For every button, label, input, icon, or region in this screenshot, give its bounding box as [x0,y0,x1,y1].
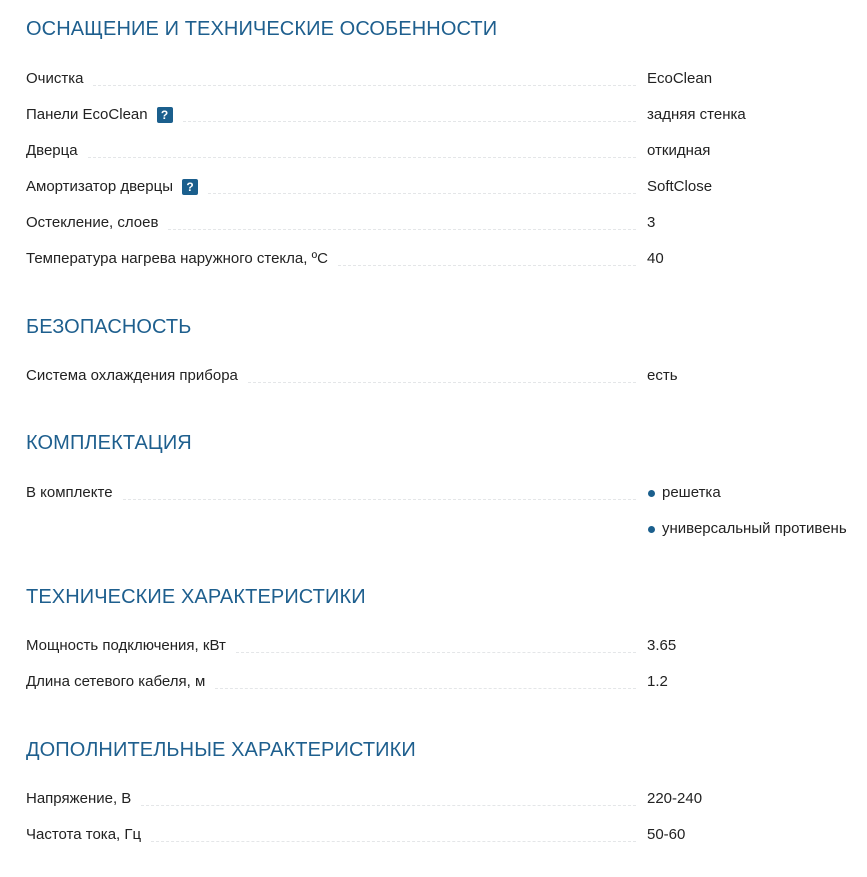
dotted-leader [141,805,636,806]
dotted-leader [88,157,636,158]
question-mark-icon[interactable]: ? [182,179,198,195]
dotted-leader [338,265,636,266]
included-items-list: решетка универсальный противень [647,482,847,554]
spec-value: SoftClose [647,176,712,198]
spec-row-glazing-layers: Остекление, слоев 3 [26,212,867,234]
spec-value: 220-240 [647,788,702,810]
spec-row-ecoclean-panels: Панели EcoClean? задняя стенка [26,104,867,126]
section-title-equipment: ОСНАЩЕНИЕ И ТЕХНИЧЕСКИЕ ОСОБЕННОСТИ [26,17,497,41]
dotted-leader [183,121,636,122]
question-mark-icon[interactable]: ? [157,107,173,123]
spec-value: откидная [647,140,710,162]
spec-label: Очистка [26,68,83,90]
spec-row-frequency: Частота тока, Гц 50-60 [26,824,867,846]
spec-row-cleaning: Очистка EcoClean [26,68,867,90]
dotted-leader [168,229,636,230]
dotted-leader [93,85,636,86]
section-title-additional-specs: ДОПОЛНИТЕЛЬНЫЕ ХАРАКТЕРИСТИКИ [26,738,416,762]
spec-label: Частота тока, Гц [26,824,141,846]
included-item: универсальный противень [662,518,847,540]
spec-row-cooling-system: Система охлаждения прибора есть [26,365,867,387]
spec-value: есть [647,365,678,387]
spec-row-cable-length: Длина сетевого кабеля, м 1.2 [26,671,867,693]
section-title-safety: БЕЗОПАСНОСТЬ [26,315,191,339]
list-item: универсальный противень [647,518,847,540]
dotted-leader [123,499,636,500]
spec-value: 3 [647,212,655,234]
dotted-leader [208,193,636,194]
spec-value: 50-60 [647,824,685,846]
section-title-technical-specs: ТЕХНИЧЕСКИЕ ХАРАКТЕРИСТИКИ [26,585,366,609]
dotted-leader [248,382,636,383]
section-title-package: КОМПЛЕКТАЦИЯ [26,431,192,455]
spec-label: В комплекте [26,482,113,504]
spec-value: 40 [647,248,664,270]
spec-label: Напряжение, В [26,788,131,810]
bullet-dot-icon [648,526,655,533]
spec-label: Температура нагрева наружного стекла, ºС [26,248,328,270]
spec-label: Длина сетевого кабеля, м [26,671,205,693]
spec-label: Остекление, слоев [26,212,158,234]
spec-row-door-damper: Амортизатор дверцы? SoftClose [26,176,867,198]
spec-row-included: В комплекте решетка универсальный против… [26,482,867,504]
included-item: решетка [662,482,721,504]
spec-label: Дверца [26,140,78,162]
list-item: решетка [647,482,847,504]
spec-value: 1.2 [647,671,668,693]
spec-value: EcoClean [647,68,712,90]
spec-value: задняя стенка [647,104,746,126]
spec-label: Система охлаждения прибора [26,365,238,387]
spec-row-outer-glass-temperature: Температура нагрева наружного стекла, ºС… [26,248,867,270]
dotted-leader [215,688,636,689]
spec-value: 3.65 [647,635,676,657]
spec-label: Мощность подключения, кВт [26,635,226,657]
bullet-dot-icon [648,490,655,497]
spec-label: Панели EcoClean [26,104,148,126]
spec-row-connected-power: Мощность подключения, кВт 3.65 [26,635,867,657]
dotted-leader [236,652,636,653]
spec-row-door: Дверца откидная [26,140,867,162]
spec-row-voltage: Напряжение, В 220-240 [26,788,867,810]
spec-label: Амортизатор дверцы [26,176,173,198]
dotted-leader [151,841,636,842]
